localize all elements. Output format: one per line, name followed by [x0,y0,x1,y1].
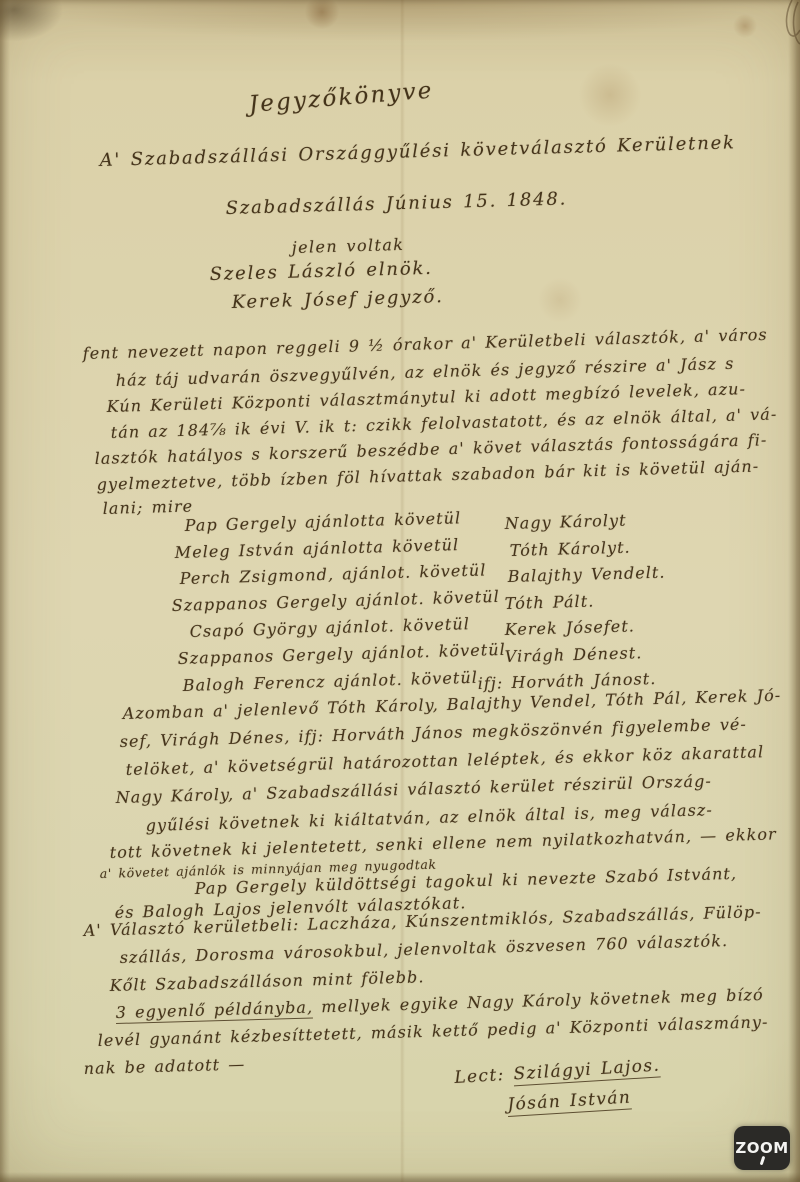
manuscript-line: lani; mire [102,496,193,518]
kelt-line: Kőlt Szabadszálláson mint fölebb. [109,967,424,995]
signature-prefix: Lect: [454,1065,506,1088]
nomination-proposer: Perch Zsigmond, ajánlot. követül [179,560,486,588]
nomination-nominee: Balajthy Vendelt. [507,563,665,586]
nomination-nominee: Virágh Dénest. [504,643,642,666]
nomination-proposer: Pap Gergely ajánlotta követül [184,508,461,535]
nomination-nominee: Tóth Károlyt. [509,538,630,560]
present-chairman: Szeles László elnök. [209,258,433,285]
closing-line-rest: mellyek egyike Nagy Károly követnek meg … [313,985,764,1017]
nomination-proposer: Meleg István ajánlotta követül [174,535,459,562]
doc-subtitle: A' Szabadszállási Országgyűlési követvál… [99,132,736,171]
doc-dateline: Szabadszállás Június 15. 1848. [225,188,567,219]
ink-flourish [740,0,800,70]
nomination-proposer: Balogh Ferencz ajánlot. követül [182,668,478,695]
present-notary: Kerek Jósef jegyző. [231,286,444,313]
manuscript-page: Jegyzőkönyve A' Szabadszállási Országgyű… [0,0,800,1182]
signature-name: Jósán István [507,1087,632,1117]
signature-name: Szilágyi Lajos. [513,1055,661,1086]
nomination-nominee: Kerek Jósefet. [504,616,635,639]
nomination-proposer: Szappanos Gergely ajánlot. követül [171,587,500,615]
closing-line: nak be adatott — [83,1054,245,1078]
doc-title: Jegyzőkönyve [248,78,435,118]
signature-notary: Lect: Szilágyi Lajos. [454,1055,661,1088]
scanned-document: Jegyzőkönyve A' Szabadszállási Országgyű… [0,0,800,1182]
nomination-proposer: Szappanos Gergely ajánlot. követül [177,640,506,668]
nomination-nominee: Nagy Károlyt [504,511,626,533]
nomination-proposer: Csapó György ajánlot. követül [189,614,470,641]
signature-chairman: Jósán István [507,1087,632,1115]
magnifier-handle-icon [760,1156,765,1165]
zoom-watermark-label: ZOOM [735,1139,788,1157]
nomination-nominee: Tóth Pált. [504,592,594,613]
zoom-watermark-badge: ZOOM [734,1126,790,1170]
underlined-phrase: 3 egyenlő példányba, [115,997,313,1024]
present-heading: jelen voltak [291,235,404,257]
